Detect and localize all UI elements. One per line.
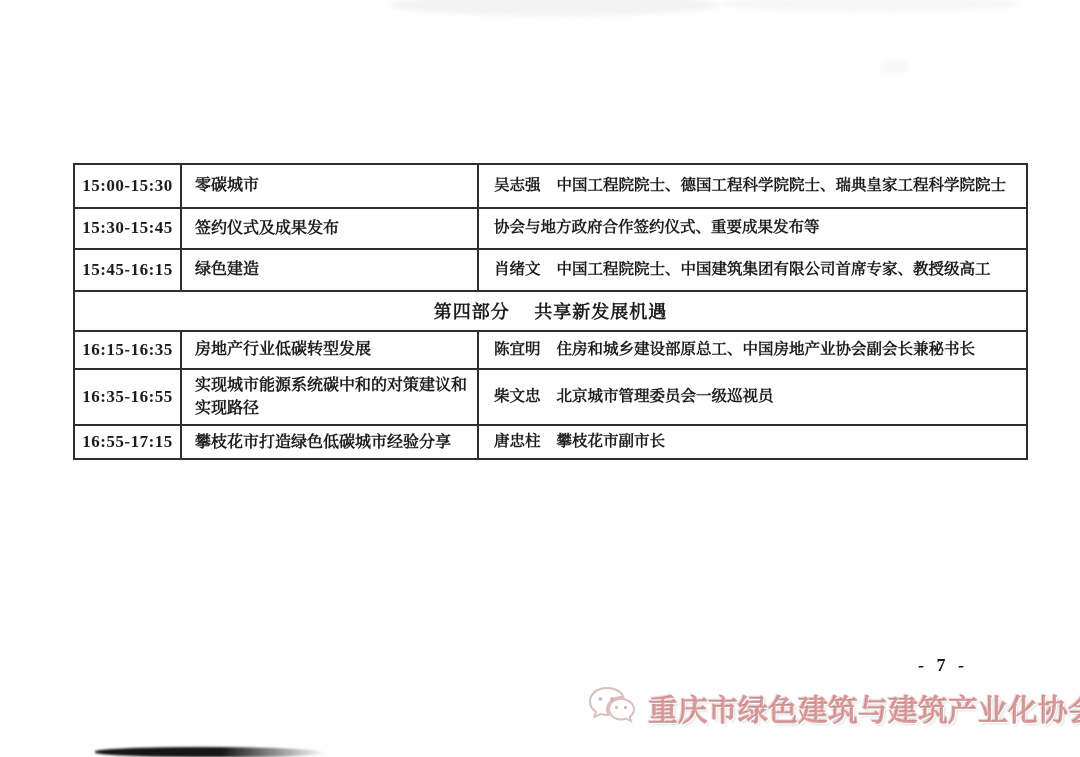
speaker-name: 唐忠柱 — [494, 431, 541, 453]
scanned-document-page: 15:00-15:30零碳城市吴志强中国工程院院士、德国工程科学院院士、瑞典皇家… — [0, 0, 1080, 757]
page-number: - 7 - — [918, 655, 968, 676]
time-cell: 15:00-15:30 — [75, 165, 180, 207]
table-row: 15:30-15:45签约仪式及成果发布协会与地方政府合作签约仪式、重要成果发布… — [75, 207, 1026, 248]
topic-cell: 绿色建造 — [180, 250, 477, 290]
topic-cell: 房地产行业低碳转型发展 — [180, 332, 477, 368]
speaker-title: 住房和城乡建设部原总工、中国房地产业协会副会长兼秘书长 — [557, 339, 976, 361]
section-header-row: 第四部分 共享新发展机遇 — [75, 290, 1026, 330]
speaker-cell: 协会与地方政府合作签约仪式、重要成果发布等 — [477, 209, 1026, 248]
table-row: 15:00-15:30零碳城市吴志强中国工程院院士、德国工程科学院院士、瑞典皇家… — [75, 165, 1026, 207]
speaker-name: 陈宜明 — [494, 339, 541, 361]
watermark-text: 重庆市绿色建筑与建筑产业化协会 — [648, 686, 1080, 730]
section-title: 第四部分 共享新发展机遇 — [75, 292, 1026, 330]
time-cell: 16:55-17:15 — [75, 426, 180, 458]
topic-cell: 攀枝花市打造绿色低碳城市经验分享 — [180, 426, 477, 458]
speaker-title: 攀枝花市副市长 — [557, 431, 666, 453]
time-cell: 16:15-16:35 — [75, 332, 180, 368]
time-cell: 15:45-16:15 — [75, 250, 180, 290]
wechat-logo-icon — [586, 684, 640, 732]
table-row: 15:45-16:15绿色建造肖绪文中国工程院院士、中国建筑集团有限公司首席专家… — [75, 248, 1026, 290]
time-cell: 16:35-16:55 — [75, 370, 180, 424]
speaker-title: 中国工程院院士、中国建筑集团有限公司首席专家、教授级高工 — [557, 259, 991, 281]
speaker-name: 柴文忠 — [494, 386, 541, 408]
topic-cell: 签约仪式及成果发布 — [180, 209, 477, 248]
speaker-cell: 唐忠柱攀枝花市副市长 — [477, 426, 1026, 458]
schedule-table: 15:00-15:30零碳城市吴志强中国工程院院士、德国工程科学院院士、瑞典皇家… — [73, 163, 1028, 460]
speaker-cell: 陈宜明住房和城乡建设部原总工、中国房地产业协会副会长兼秘书长 — [477, 332, 1026, 368]
watermark: 重庆市绿色建筑与建筑产业化协会 — [586, 684, 1080, 732]
table-row: 16:35-16:55实现城市能源系统碳中和的对策建议和实现路径柴文忠北京城市管… — [75, 368, 1026, 424]
speaker-cell: 吴志强中国工程院院士、德国工程科学院院士、瑞典皇家工程科学院院士 — [477, 165, 1026, 207]
table-row: 16:55-17:15攀枝花市打造绿色低碳城市经验分享唐忠柱攀枝花市副市长 — [75, 424, 1026, 458]
scan-smudge — [390, 0, 720, 16]
scan-smudge — [720, 0, 1020, 12]
speaker-title: 协会与地方政府合作签约仪式、重要成果发布等 — [494, 217, 820, 239]
time-cell: 15:30-15:45 — [75, 209, 180, 248]
topic-cell: 零碳城市 — [180, 165, 477, 207]
table-row: 16:15-16:35房地产行业低碳转型发展陈宜明住房和城乡建设部原总工、中国房… — [75, 330, 1026, 368]
speaker-name: 吴志强 — [494, 175, 541, 197]
speaker-title: 中国工程院院士、德国工程科学院院士、瑞典皇家工程科学院院士 — [557, 175, 1007, 197]
scan-edge-shadow — [95, 747, 325, 757]
speaker-cell: 柴文忠北京城市管理委员会一级巡视员 — [477, 370, 1026, 424]
scan-smudge — [880, 60, 910, 74]
topic-cell: 实现城市能源系统碳中和的对策建议和实现路径 — [180, 370, 477, 424]
speaker-name: 肖绪文 — [494, 259, 541, 281]
speaker-title: 北京城市管理委员会一级巡视员 — [557, 386, 774, 408]
speaker-cell: 肖绪文中国工程院院士、中国建筑集团有限公司首席专家、教授级高工 — [477, 250, 1026, 290]
